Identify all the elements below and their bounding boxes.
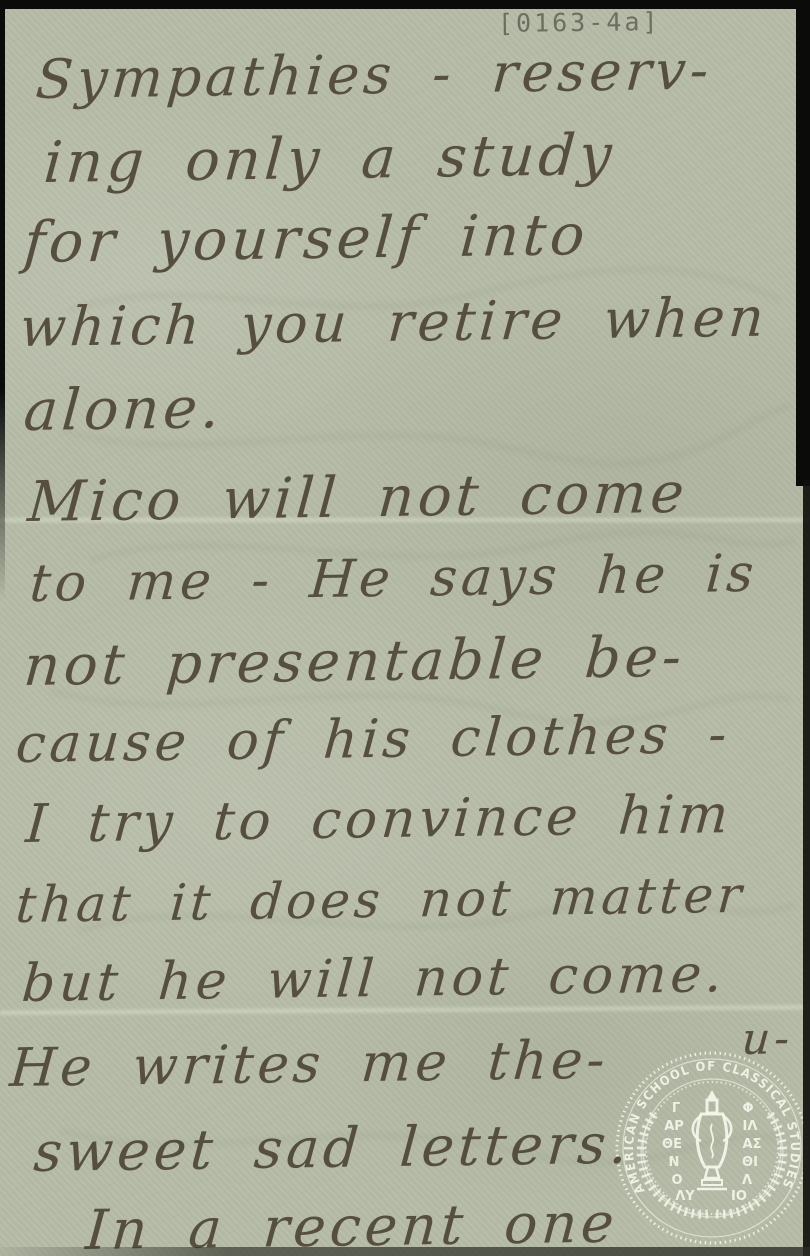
laurel-wreath-icon (641, 1112, 783, 1214)
seal-greek-letter: ΛΥ (675, 1189, 695, 1204)
archive-label: [0163-4a] (498, 7, 661, 38)
handwritten-overflow-fragment: u- (740, 1013, 795, 1065)
seal-greek-letter: Ο (671, 1173, 682, 1188)
seal-greek-letter: Ν (669, 1155, 680, 1170)
handwritten-line: that it does not matter (14, 866, 748, 934)
handwritten-line: I try to convince him (24, 784, 735, 855)
ascsa-embossed-seal: AMERICAN SCHOOL OF CLASSICAL STUDIES AT … (612, 1048, 810, 1248)
handwritten-line: but he will not come. (20, 944, 728, 1014)
seal-greek-letter: ΘΕ (662, 1137, 682, 1152)
seal-greek-letter: ΑΡ (664, 1119, 684, 1134)
seal-greek-letter: ΙΛ (743, 1119, 758, 1134)
handwritten-line: He writes me the- (8, 1030, 611, 1099)
scan-edge-right (803, 480, 810, 1256)
handwritten-line: which you retire when (18, 286, 770, 359)
handwritten-line: not presentable be- (22, 625, 688, 699)
seal-greek-letter: Λ (742, 1173, 752, 1188)
seal-greek-letter: Γ (672, 1101, 680, 1116)
handwritten-line: Mico will not come (26, 461, 691, 535)
seal-greek-letter: ΘΙ (742, 1155, 758, 1170)
handwritten-line: Sympathies - reserv- (34, 39, 715, 111)
amphora-icon (693, 1090, 732, 1189)
letter-page: AMERICAN SCHOOL OF CLASSICAL STUDIES AT … (0, 0, 810, 1256)
seal-greek-letter: ΙΟ (731, 1189, 747, 1204)
handwritten-line: alone. (22, 375, 226, 444)
scan-edge-right (796, 0, 810, 486)
scan-edge-top (0, 0, 810, 9)
scan-edge-left (0, 0, 5, 600)
scan-edge-bottom (0, 1247, 810, 1256)
handwritten-line: cause of his clothes - (14, 704, 733, 775)
handwritten-line: to me - He says he is (28, 544, 760, 614)
handwritten-line: sweet sad letters. (32, 1112, 634, 1184)
handwritten-line: for yourself into (22, 202, 591, 276)
seal-greek-letter: Φ (742, 1101, 753, 1116)
seal-greek-letter: ΑΣ (743, 1137, 762, 1152)
handwritten-line: ing only a study (42, 122, 618, 196)
